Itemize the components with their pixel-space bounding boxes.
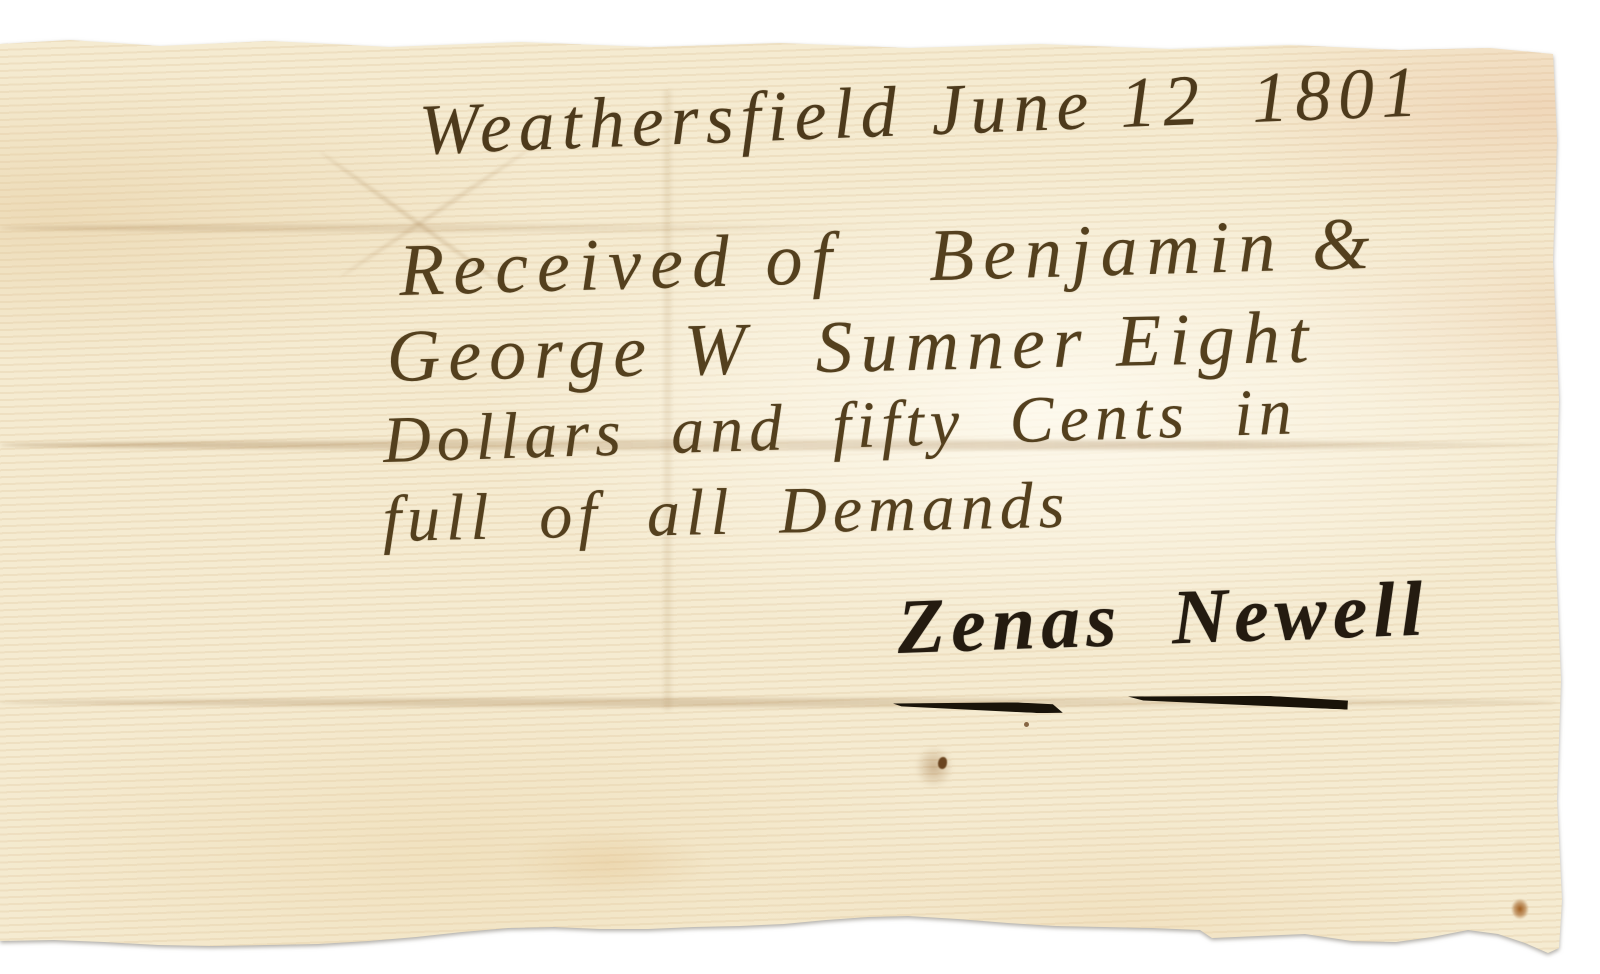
dateline-year: 1801 <box>1250 51 1425 138</box>
payer-surname-amount: Sumner Eight <box>815 297 1318 389</box>
received-of-text: Received of <box>398 218 842 312</box>
stain-spot-bottom-right <box>1508 895 1532 923</box>
receipt-paper: WeathersfieldJune 121801 Received ofBenj… <box>0 0 1600 974</box>
payer-first-name: George <box>386 310 655 398</box>
dateline-date: June 12 <box>930 60 1208 150</box>
stain-smudge-center <box>908 738 960 796</box>
signature-flourish-2 <box>1128 691 1348 710</box>
ink-speck-2 <box>1024 722 1029 727</box>
stain-faint-bottom <box>470 815 750 910</box>
body-line-1: Received ofBenjamin & <box>398 207 1379 308</box>
dateline: WeathersfieldJune 121801 <box>418 55 1425 166</box>
signature-text: Zenas Newell <box>896 569 1430 665</box>
payer-name-text: Benjamin & <box>928 203 1380 298</box>
paper-shadow: WeathersfieldJune 121801 Received ofBenj… <box>0 0 1600 974</box>
body-line-4: full of all Demands <box>382 473 1071 553</box>
payer-middle-initial: W <box>683 308 754 391</box>
scanned-receipt-image: WeathersfieldJune 121801 Received ofBenj… <box>0 0 1600 974</box>
dateline-place: Weathersfield <box>418 71 905 170</box>
